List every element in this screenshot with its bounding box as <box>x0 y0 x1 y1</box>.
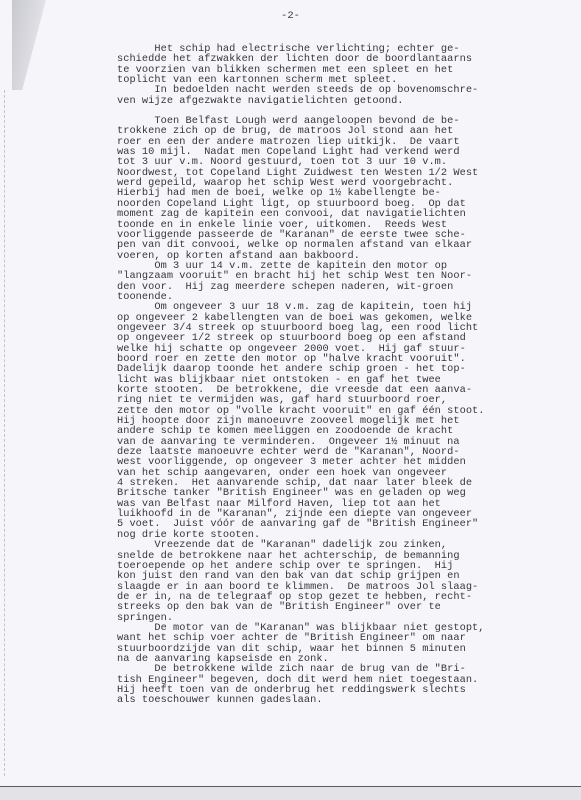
text-line: ven wijze afgezwakte navigatielichten ge… <box>117 96 557 106</box>
paragraph: Om 3 uur 14 v.m. zette de kapitein den m… <box>117 261 557 302</box>
text-line: streeks op den bak van de "British Engin… <box>117 602 557 612</box>
page-number: -2- <box>0 10 581 22</box>
text-line: als toeschouwer kunnen gadeslaan. <box>117 695 557 705</box>
paragraph: Om ongeveer 3 uur 18 v.m. zag de kapitei… <box>117 302 557 540</box>
paragraph: De motor van de "Karanan" was blijkbaar … <box>117 623 557 664</box>
text-line: "langzaam vooruit" en bracht hij het sch… <box>117 271 557 281</box>
paragraph: Vreezende dat de "Karanan" dadelijk zou … <box>117 540 557 623</box>
text-line: moment zag de kapitein een convooi, dat … <box>117 209 557 219</box>
text-line: pen van dit convooi, welke op normalen a… <box>117 240 557 250</box>
text-line: den voor. Hij zag meerdere schepen nader… <box>117 282 557 292</box>
paragraph: Het schip had electrische verlichting; e… <box>117 44 557 85</box>
binding-holes <box>4 90 11 776</box>
document-page: -2- Het schip had electrische verlichtin… <box>0 0 581 786</box>
paragraph: In bedoelden nacht werden steeds de op b… <box>117 85 557 106</box>
text-line: Vreezende dat de "Karanan" dadelijk zou … <box>117 540 557 550</box>
paragraph: De betrokkene wilde zich naar de brug va… <box>117 664 557 705</box>
scan-bottom-edge <box>0 786 581 800</box>
paragraph: Toen Belfast Lough werd aangeloopen bevo… <box>117 116 557 261</box>
document-body: Het schip had electrische verlichting; e… <box>117 44 557 706</box>
text-line: kon juist den rand van den bak van dat s… <box>117 571 557 581</box>
